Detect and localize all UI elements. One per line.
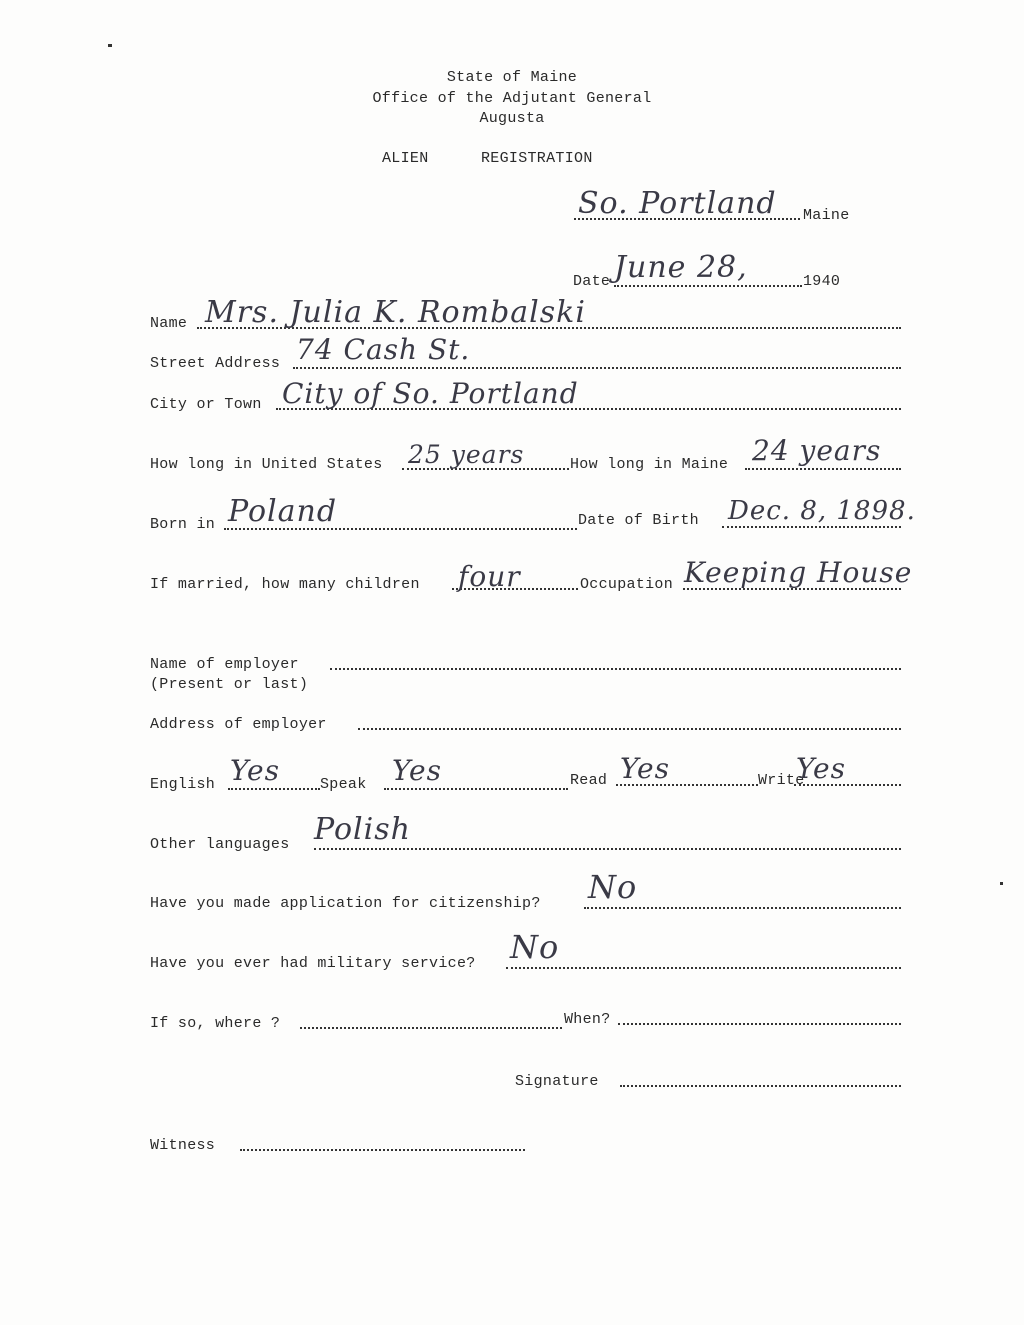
other-languages-value[interactable]: Polish [314, 812, 411, 847]
citizenship-label: Have you made application for citizenshi… [150, 895, 541, 912]
dob-value[interactable]: Dec. 8, 1898. [728, 496, 916, 526]
signature-label: Signature [515, 1073, 599, 1090]
other-languages-label: Other languages [150, 836, 290, 853]
date-value[interactable]: June 28, [614, 250, 748, 285]
read-label: Read [570, 772, 607, 789]
signature-field[interactable] [620, 1083, 901, 1087]
scan-mark [1000, 882, 1003, 885]
dob-label: Date of Birth [578, 512, 699, 529]
where-label: If so, where ? [150, 1015, 280, 1032]
place-suffix: Maine [803, 207, 850, 224]
date-year: 1940 [803, 273, 840, 290]
form-title-registration: REGISTRATION [481, 150, 593, 167]
header-state: State of Maine [0, 69, 1024, 86]
city-value[interactable]: City of So. Portland [282, 377, 579, 410]
street-label: Street Address [150, 355, 280, 372]
employer-address-label: Address of employer [150, 716, 327, 733]
children-value[interactable]: four [458, 560, 521, 593]
when-field[interactable] [618, 1021, 901, 1025]
name-label: Name [150, 315, 187, 332]
maine-length-label: How long in Maine [570, 456, 728, 473]
write-value[interactable]: Yes [796, 752, 846, 785]
speak-label: Speak [320, 776, 367, 793]
witness-label: Witness [150, 1137, 215, 1154]
header-city: Augusta [0, 110, 1024, 127]
citizenship-value[interactable]: No [588, 868, 637, 906]
employer-name-label: Name of employer [150, 656, 299, 673]
occupation-label: Occupation [580, 576, 673, 593]
occupation-value[interactable]: Keeping House [684, 556, 912, 589]
street-value[interactable]: 74 Cash St. [296, 333, 470, 366]
speak-value[interactable]: Yes [392, 754, 442, 787]
date-label: Date [573, 273, 610, 290]
where-field[interactable] [300, 1025, 562, 1029]
us-length-label: How long in United States [150, 456, 383, 473]
military-label: Have you ever had military service? [150, 955, 476, 972]
name-value[interactable]: Mrs. Julia K. Rombalski [205, 295, 586, 330]
header-office: Office of the Adjutant General [0, 90, 1024, 107]
employer-name-field[interactable] [330, 666, 901, 670]
born-in-label: Born in [150, 516, 215, 533]
when-label: When? [564, 1011, 611, 1028]
witness-field[interactable] [240, 1147, 525, 1151]
employer-address-field[interactable] [358, 726, 901, 730]
scan-mark [108, 44, 112, 47]
place-value[interactable]: So. Portland [578, 186, 777, 221]
us-length-value[interactable]: 25 years [408, 440, 524, 469]
read-value[interactable]: Yes [620, 752, 670, 785]
born-in-value[interactable]: Poland [228, 494, 337, 529]
form-title-alien: ALIEN [382, 150, 429, 167]
children-label: If married, how many children [150, 576, 420, 593]
alien-registration-form: State of Maine Office of the Adjutant Ge… [0, 0, 1024, 1325]
maine-length-value[interactable]: 24 years [752, 434, 881, 467]
english-label: English [150, 776, 215, 793]
employer-name-sublabel: (Present or last) [150, 676, 308, 693]
military-value[interactable]: No [510, 928, 559, 966]
english-value[interactable]: Yes [230, 754, 280, 787]
city-label: City or Town [150, 396, 262, 413]
